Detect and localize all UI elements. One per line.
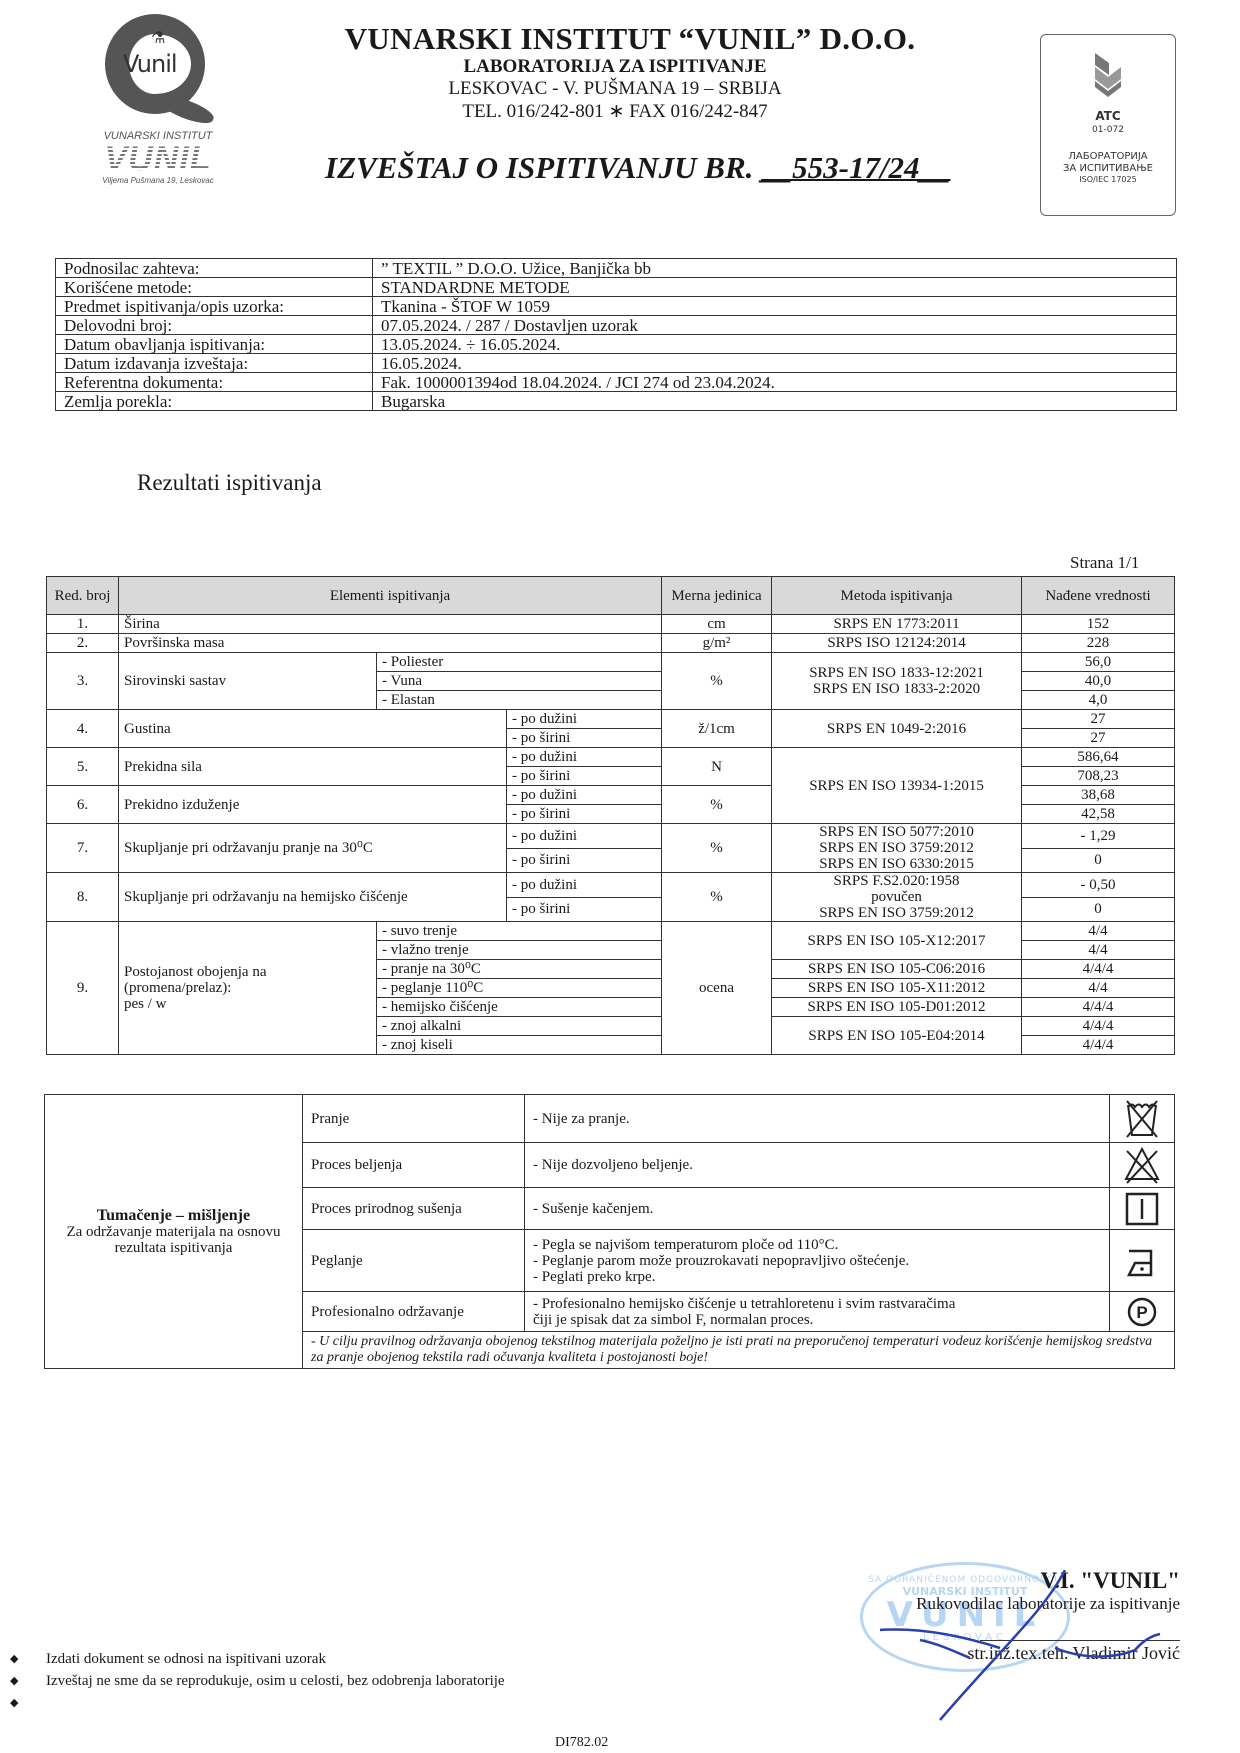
info-row: Datum izdavanja izveštaja: 16.05.2024.: [56, 354, 1177, 373]
info-label: Zemlja porekla:: [56, 392, 373, 411]
row-value: 38,68: [1022, 786, 1175, 805]
info-value: STANDARDNE METODE: [373, 278, 1177, 297]
row-value: 586,64: [1022, 748, 1175, 767]
row-unit: ocena: [662, 922, 772, 1055]
info-row: Podnosilac zahteva: ” TEXTIL ” D.O.O. Už…: [56, 259, 1177, 278]
atc-line1: ЛАБОРАТОРИЈА: [1041, 151, 1175, 163]
row-value: 56,0: [1022, 653, 1175, 672]
sub-element: - vlažno trenje: [377, 941, 662, 960]
col-value: Nađene vrednosti: [1022, 577, 1175, 615]
info-label: Predmet ispitivanja/opis uzorka:: [56, 297, 373, 316]
row-value: 4/4: [1022, 941, 1175, 960]
row-method: SRPS EN 1049-2:2016: [772, 710, 1022, 748]
row-value: 4/4/4: [1022, 998, 1175, 1017]
care-text: - Pegla se najvišom temperaturom ploče o…: [525, 1230, 1110, 1292]
interpretation-text: Za održavanje materijala na osnovu rezul…: [66, 1224, 280, 1256]
atc-logo-icon: [1091, 53, 1125, 99]
diamond-bullet-icon: ◆: [10, 1670, 46, 1692]
row-value: - 1,29: [1022, 824, 1175, 849]
row-method: SRPS EN ISO 105-X12:2017: [772, 922, 1022, 960]
row-value: 152: [1022, 615, 1175, 634]
lab-name: LABORATORIJA ZA ISPITIVANJE: [300, 56, 930, 78]
row-number: 8.: [47, 873, 119, 922]
row-element: Postojanost obojenja na (promena/prelaz)…: [119, 922, 377, 1055]
row-number: 6.: [47, 786, 119, 824]
iron-low-icon: [1110, 1230, 1175, 1292]
table-row: 4.Gustina- po dužiniž/1cmSRPS EN 1049-2:…: [47, 710, 1175, 729]
row-value: 4/4: [1022, 922, 1175, 941]
info-value: Tkanina - ŠTOF W 1059: [373, 297, 1177, 316]
info-label: Podnosilac zahteva:: [56, 259, 373, 278]
report-number: __553-17/24__: [761, 150, 950, 185]
col-method: Metoda ispitivanja: [772, 577, 1022, 615]
table-row: 1. Širina cm SRPS EN 1773:2011 152: [47, 615, 1175, 634]
row-value: 4,0: [1022, 691, 1175, 710]
care-text: - Sušenje kačenjem.: [525, 1188, 1110, 1230]
sub-element: - Elastan: [377, 691, 662, 710]
row-value: 4/4: [1022, 979, 1175, 998]
info-value: Fak. 1000001394od 18.04.2024. / JCI 274 …: [373, 373, 1177, 392]
footer-note: ◆: [10, 1692, 505, 1714]
row-unit: ž/1cm: [662, 710, 772, 748]
row-unit: g/m²: [662, 634, 772, 653]
row-number: 9.: [47, 922, 119, 1055]
row-value: 228: [1022, 634, 1175, 653]
col-no: Red. broj: [47, 577, 119, 615]
care-label: Peglanje: [303, 1230, 525, 1292]
row-element: Gustina: [119, 710, 507, 748]
interpretation-cell: Tumačenje – mišljenje Za održavanje mate…: [45, 1095, 303, 1369]
row-value: 708,23: [1022, 767, 1175, 786]
institute-logo: ⚗ Vunil VUNARSKI INSTITUT VUNIL Viljema …: [88, 8, 228, 188]
row-method: SRPS EN ISO 13934-1:2015: [772, 748, 1022, 824]
table-row: 9.Postojanost obojenja na (promena/prela…: [47, 922, 1175, 941]
sub-element: - znoj kiseli: [377, 1036, 662, 1055]
sub-element: - po dužini: [507, 786, 662, 805]
row-number: 3.: [47, 653, 119, 710]
results-header-row: Red. broj Elementi ispitivanja Merna jed…: [47, 577, 1175, 615]
request-info-table: Podnosilac zahteva: ” TEXTIL ” D.O.O. Už…: [55, 258, 1177, 411]
diamond-bullet-icon: ◆: [10, 1692, 46, 1714]
row-element: Površinska masa: [119, 634, 662, 653]
sub-element: - Vuna: [377, 672, 662, 691]
info-row: Delovodni broj: 07.05.2024. / 287 / Dost…: [56, 316, 1177, 335]
row-number: 4.: [47, 710, 119, 748]
row-value: 0: [1022, 897, 1175, 922]
info-label: Korišćene metode:: [56, 278, 373, 297]
info-label: Datum obavljanja ispitivanja:: [56, 335, 373, 354]
footer-note: ◆ Izdati dokument se odnosi na ispitivan…: [10, 1648, 505, 1670]
sub-element: - po dužini: [507, 748, 662, 767]
care-label: Proces prirodnog sušenja: [303, 1188, 525, 1230]
institute-name: VUNARSKI INSTITUT “VUNIL” D.O.O.: [330, 22, 930, 56]
info-row: Datum obavljanja ispitivanja: 13.05.2024…: [56, 335, 1177, 354]
col-element: Elementi ispitivanja: [119, 577, 662, 615]
row-element: Skupljanje pri održavanju na hemijsko či…: [119, 873, 507, 922]
info-row: Predmet ispitivanja/opis uzorka: Tkanina…: [56, 297, 1177, 316]
care-note: - U cilju pravilnog održavanja obojenog …: [303, 1332, 1175, 1369]
results-table: Red. broj Elementi ispitivanja Merna jed…: [46, 576, 1175, 1055]
row-element: Sirovinski sastav: [119, 653, 377, 710]
report-title: IZVEŠTAJ O ISPITIVANJU BR. __553-17/24__: [325, 150, 951, 186]
sub-element: - po širini: [507, 767, 662, 786]
footer-note-text: Izdati dokument se odnosi na ispitivani …: [46, 1648, 326, 1670]
info-value: 13.05.2024. ÷ 16.05.2024.: [373, 335, 1177, 354]
dry-clean-p-icon: P: [1110, 1292, 1175, 1332]
row-element: Širina: [119, 615, 662, 634]
row-unit: %: [662, 824, 772, 873]
handwritten-signature-icon: [880, 1570, 1180, 1730]
care-interpretation-table: Tumačenje – mišljenje Za održavanje mate…: [44, 1094, 1175, 1369]
row-unit: cm: [662, 615, 772, 634]
col-unit: Merna jedinica: [662, 577, 772, 615]
sub-element: - peglanje 110⁰C: [377, 979, 662, 998]
footer-note: ◆ Izveštaj ne sme da se reprodukuje, osi…: [10, 1670, 505, 1692]
row-method: SRPS F.S2.020:1958 povučen SRPS EN ISO 3…: [772, 873, 1022, 922]
interpretation-title: Tumačenje – mišljenje: [97, 1207, 250, 1224]
info-value: 16.05.2024.: [373, 354, 1177, 373]
footer-notes: ◆ Izdati dokument se odnosi na ispitivan…: [10, 1648, 505, 1714]
q-logo-icon: ⚗ Vunil: [93, 8, 223, 126]
care-text: - Nije dozvoljeno beljenje.: [525, 1143, 1110, 1188]
table-row: 2. Površinska masa g/m² SRPS ISO 12124:2…: [47, 634, 1175, 653]
row-value: 27: [1022, 710, 1175, 729]
row-element: Prekidno izduženje: [119, 786, 507, 824]
row-method: SRPS EN ISO 1833-12:2021 SRPS EN ISO 183…: [772, 653, 1022, 710]
row-number: 5.: [47, 748, 119, 786]
row-method: SRPS EN ISO 5077:2010 SRPS EN ISO 3759:2…: [772, 824, 1022, 873]
sub-element: - pranje na 30⁰C: [377, 960, 662, 979]
atc-number: 01-072: [1041, 125, 1175, 135]
logo-address: Viljema Pušmana 19, Leskovac: [88, 176, 228, 185]
info-row: Zemlja porekla: Bugarska: [56, 392, 1177, 411]
care-label: Proces beljenja: [303, 1143, 525, 1188]
row-number: 7.: [47, 824, 119, 873]
page-indicator: Strana 1/1: [1070, 553, 1139, 573]
table-row: 8.Skupljanje pri održavanju na hemijsko …: [47, 873, 1175, 898]
info-row: Referentna dokumenta: Fak. 1000001394od …: [56, 373, 1177, 392]
sub-element: - po širini: [507, 897, 662, 922]
sub-element: - po širini: [507, 848, 662, 873]
logo-word: Vunil: [123, 50, 177, 78]
sub-element: - po širini: [507, 729, 662, 748]
row-value: 27: [1022, 729, 1175, 748]
row-value: 40,0: [1022, 672, 1175, 691]
row-value: 4/4/4: [1022, 960, 1175, 979]
svg-text:P: P: [1136, 1303, 1147, 1322]
logo-brand: VUNIL: [88, 142, 228, 176]
microscope-icon: ⚗: [151, 28, 165, 48]
diamond-bullet-icon: ◆: [10, 1648, 46, 1670]
row-unit: %: [662, 873, 772, 922]
row-method: SRPS EN ISO 105-D01:2012: [772, 998, 1022, 1017]
row-value: 4/4/4: [1022, 1017, 1175, 1036]
footer-note-text: Izveštaj ne sme da se reprodukuje, osim …: [46, 1670, 505, 1692]
row-value: 4/4/4: [1022, 1036, 1175, 1055]
accreditation-badge: ATC 01-072 ЛАБОРАТОРИЈА ЗА ИСПИТИВАЊЕ IS…: [1040, 34, 1176, 216]
row-value: - 0,50: [1022, 873, 1175, 898]
do-not-wash-icon: [1110, 1095, 1175, 1143]
row-method: SRPS ISO 12124:2014: [772, 634, 1022, 653]
info-label: Datum izdavanja izveštaja:: [56, 354, 373, 373]
line-dry-icon: [1110, 1188, 1175, 1230]
report-title-prefix: IZVEŠTAJ O ISPITIVANJU BR.: [325, 150, 761, 185]
care-text: - Profesionalno hemijsko čišćenje u tetr…: [525, 1292, 1110, 1332]
sub-element: - suvo trenje: [377, 922, 662, 941]
atc-code: ATC: [1041, 109, 1175, 123]
care-row: Tumačenje – mišljenje Za održavanje mate…: [45, 1095, 1175, 1143]
table-row: 7.Skupljanje pri održavanju pranje na 30…: [47, 824, 1175, 849]
row-number: 1.: [47, 615, 119, 634]
row-unit: %: [662, 653, 772, 710]
institute-contact: TEL. 016/242-801 ∗ FAX 016/242-847: [300, 100, 930, 124]
sub-element: - po dužini: [507, 710, 662, 729]
document-code: DI782.02: [555, 1735, 608, 1751]
sub-element: - znoj alkalni: [377, 1017, 662, 1036]
row-value: 42,58: [1022, 805, 1175, 824]
row-method: SRPS EN ISO 105-C06:2016: [772, 960, 1022, 979]
row-method: SRPS EN ISO 105-X11:2012: [772, 979, 1022, 998]
results-heading: Rezultati ispitivanja: [137, 470, 322, 496]
sub-element: - po dužini: [507, 824, 662, 849]
row-method: SRPS EN 1773:2011: [772, 615, 1022, 634]
sub-element: - po širini: [507, 805, 662, 824]
care-label: Pranje: [303, 1095, 525, 1143]
do-not-bleach-icon: [1110, 1143, 1175, 1188]
info-row: Korišćene metode: STANDARDNE METODE: [56, 278, 1177, 297]
info-value: 07.05.2024. / 287 / Dostavljen uzorak: [373, 316, 1177, 335]
institute-address: LESKOVAC - V. PUŠMANA 19 – SRBIJA: [300, 78, 930, 100]
info-value: ” TEXTIL ” D.O.O. Užice, Banjička bb: [373, 259, 1177, 278]
info-label: Delovodni broj:: [56, 316, 373, 335]
info-label: Referentna dokumenta:: [56, 373, 373, 392]
table-row: 3.Sirovinski sastav- Poliester%SRPS EN I…: [47, 653, 1175, 672]
row-element: Prekidna sila: [119, 748, 507, 786]
care-label: Profesionalno održavanje: [303, 1292, 525, 1332]
row-value: 0: [1022, 848, 1175, 873]
sub-element: - Poliester: [377, 653, 662, 672]
row-unit: %: [662, 786, 772, 824]
row-method: SRPS EN ISO 105-E04:2014: [772, 1017, 1022, 1055]
row-unit: N: [662, 748, 772, 786]
row-element: Skupljanje pri održavanju pranje na 30⁰C: [119, 824, 507, 873]
care-text: - Nije za pranje.: [525, 1095, 1110, 1143]
letterhead: VUNARSKI INSTITUT “VUNIL” D.O.O. LABORAT…: [330, 22, 930, 124]
atc-standard: ISO/IEC 17025: [1041, 175, 1175, 184]
row-number: 2.: [47, 634, 119, 653]
info-value: Bugarska: [373, 392, 1177, 411]
table-row: 5.Prekidna sila- po dužiniNSRPS EN ISO 1…: [47, 748, 1175, 767]
atc-line2: ЗА ИСПИТИВАЊЕ: [1041, 163, 1175, 175]
sub-element: - hemijsko čišćenje: [377, 998, 662, 1017]
sub-element: - po dužini: [507, 873, 662, 898]
